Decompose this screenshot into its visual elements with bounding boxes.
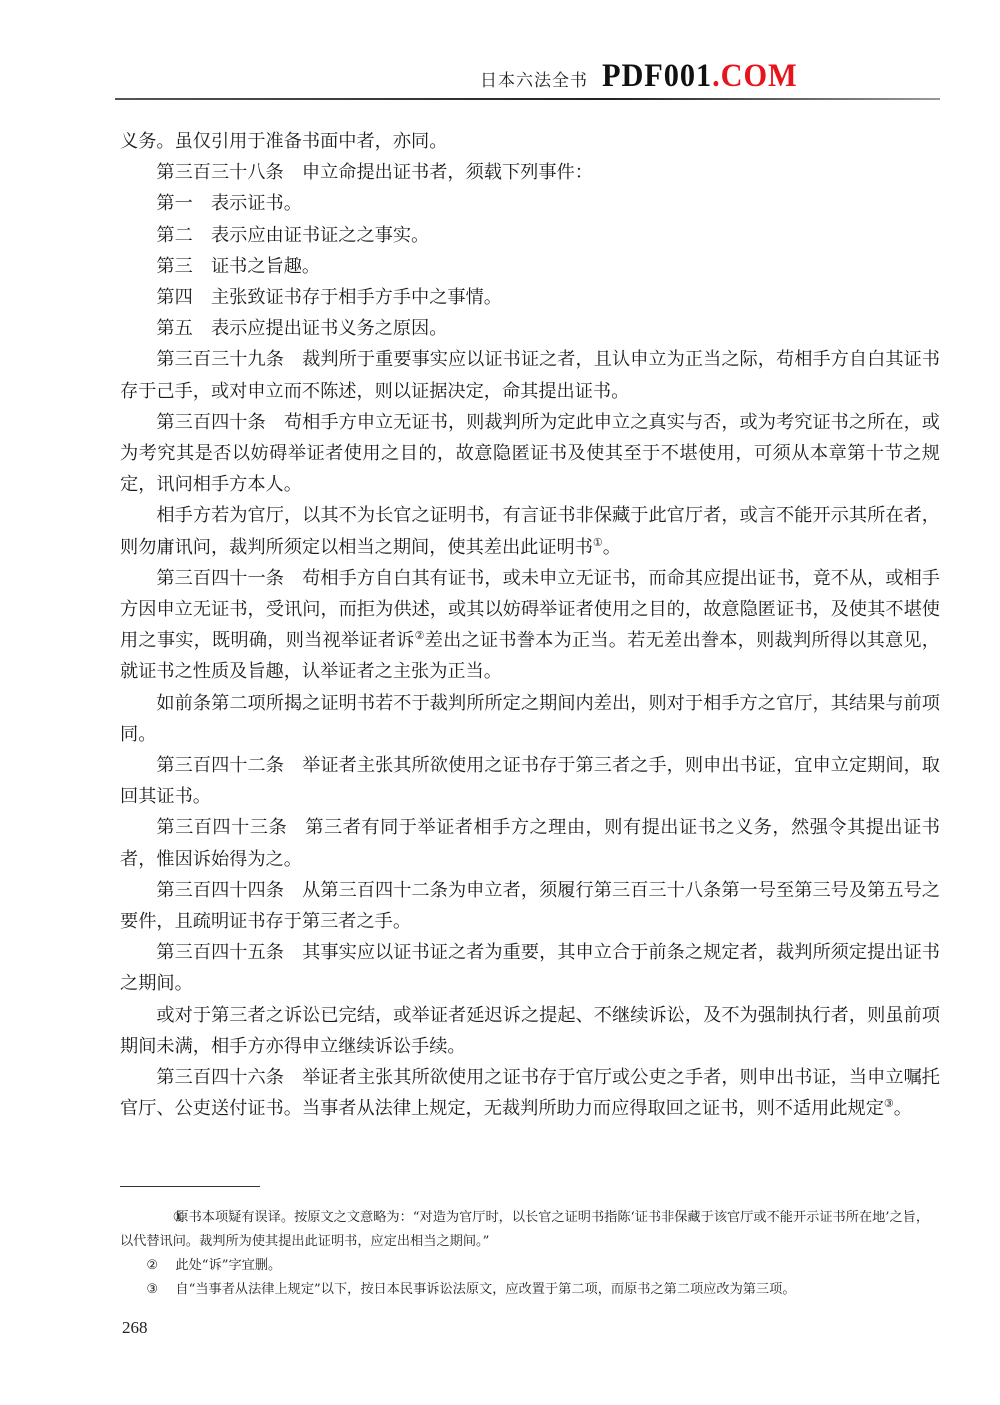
article-number: 第三百四十条: [156, 412, 265, 433]
article-number: 第三百四十三条: [156, 817, 287, 838]
footnote-text: 此处“诉”字宜删。: [175, 1258, 281, 1273]
paragraph: 第三百四十二条举证者主张其所欲使用之证书存于第三者之手，则申出书证，宜申立定期间…: [120, 750, 940, 812]
paragraph: 第三百四十条苟相手方申立无证书，则裁判所为定此申立之真实与否，或为考究证书之所在…: [120, 407, 940, 501]
article-number: 第二: [156, 225, 192, 246]
paragraph: 第三百四十一条苟相手方自白其有证书，或未申立无证书，而命其应提出证书，竟不从，或…: [120, 563, 940, 688]
article-number: 第三百三十八条: [156, 162, 283, 183]
paragraph: 第三百四十四条从第三百四十二条为申立者，须履行第三百三十八条第一号至第三号及第五…: [120, 875, 940, 937]
brand-text-domain: .COM: [712, 58, 797, 94]
footnote-mark: ②: [146, 1254, 175, 1278]
paragraph-text: 义务。虽仅引用于准备书面中者，亦同。: [120, 131, 447, 152]
paragraph-text: 或对于第三者之诉讼已完结，或举证者延迟诉之提起、不继续诉讼，及不为强制执行者，则…: [120, 1005, 940, 1057]
paragraph-text: 主张致证书存于相手方手中之事情。: [211, 287, 502, 308]
article-number: 第五: [156, 318, 192, 339]
footnote-item: ③自“当事者从法律上规定”以下，按日本民事诉讼法原文，应改置于第二项，而原书之第…: [120, 1278, 940, 1302]
paragraph: 如前条第二项所揭之证明书若不于裁判所所定之期间内差出，则对于相手方之官厅，其结果…: [120, 688, 940, 750]
footnote-text: 自“当事者从法律上规定”以下，按日本民事诉讼法原文，应改置于第二项，而原书之第二…: [175, 1282, 795, 1297]
article-number: 第三百四十二条: [156, 755, 284, 776]
footnote-reference[interactable]: ①: [593, 536, 603, 549]
footnote-reference[interactable]: ③: [884, 1097, 894, 1110]
paragraph-text: 如前条第二项所揭之证明书若不于裁判所所定之期间内差出，则对于相手方之官厅，其结果…: [120, 693, 940, 745]
footnotes: ①原书本项疑有误译。按原文之文意略为：“对造为官厅时，以长官之证明书指陈‘证书非…: [120, 1206, 940, 1302]
paragraph-text-tail: 。: [894, 1098, 912, 1119]
paragraph: 第三百四十三条第三者有同于举证者相手方之理由，则有提出证书之义务，然强令其提出证…: [120, 812, 940, 874]
paragraph: 义务。虽仅引用于准备书面中者，亦同。: [120, 126, 940, 157]
article-number: 第三百三十九条: [156, 349, 284, 370]
article-number: 第一: [156, 193, 192, 214]
paragraph-text: 相手方若为官厅，以其不为长官之证明书，有言证书非保藏于此官厅者，或言不能开示其所…: [120, 505, 940, 557]
paragraph: 第三证书之旨趣。: [120, 251, 940, 282]
footnote-mark: ③: [146, 1278, 175, 1302]
footnote-reference[interactable]: ②: [415, 629, 425, 642]
paragraph-text: 申立命提出证书者，须载下列事件：: [302, 162, 593, 183]
paragraph-text-tail: 。: [603, 537, 621, 558]
paragraph: 第二表示应由证书证之之事实。: [120, 220, 940, 251]
paragraph-text: 表示应由证书证之之事实。: [211, 225, 429, 246]
paragraph-text: 表示证书。: [211, 193, 302, 214]
paragraph: 第三百四十五条其事实应以证书证之者为重要，其申立合于前条之规定者，裁判所须定提出…: [120, 937, 940, 999]
paragraph: 第三百三十八条申立命提出证书者，须载下列事件：: [120, 157, 940, 188]
page-number: 268: [122, 1318, 148, 1338]
article-number: 第三百四十六条: [156, 1067, 284, 1088]
article-number: 第三百四十四条: [156, 880, 284, 901]
paragraph: 第五表示应提出证书义务之原因。: [120, 313, 940, 344]
brand-text-main: PDF001: [602, 58, 712, 94]
paragraph-text: 证书之旨趣。: [211, 256, 320, 277]
article-number: 第三百四十一条: [156, 568, 284, 589]
footnote-text: 原书本项疑有误译。按原文之文意略为：“对造为官厅时，以长官之证明书指陈‘证书非保…: [120, 1210, 929, 1249]
footnote-item: ①原书本项疑有误译。按原文之文意略为：“对造为官厅时，以长官之证明书指陈‘证书非…: [120, 1206, 940, 1254]
article-number: 第三: [156, 256, 192, 277]
page-header: 日本六法全书 PDF001.COM: [0, 58, 1000, 102]
header-divider: [115, 98, 940, 100]
article-number: 第四: [156, 287, 192, 308]
book-title: 日本六法全书: [480, 66, 588, 91]
paragraph: 相手方若为官厅，以其不为长官之证明书，有言证书非保藏于此官厅者，或言不能开示其所…: [120, 500, 940, 562]
paragraph-text: 表示应提出证书义务之原因。: [211, 318, 447, 339]
footnote-mark: ①: [146, 1206, 175, 1230]
paragraph: 或对于第三者之诉讼已完结，或举证者延迟诉之提起、不继续诉讼，及不为强制执行者，则…: [120, 1000, 940, 1062]
footnote-divider: [120, 1186, 260, 1187]
brand-logo: PDF001.COM: [602, 58, 798, 95]
paragraph: 第三百三十九条裁判所于重要事实应以证书证之者，且认申立为正当之际，苟相手方自白其…: [120, 344, 940, 406]
paragraph: 第四主张致证书存于相手方手中之事情。: [120, 282, 940, 313]
footnote-item: ②此处“诉”字宜删。: [120, 1254, 940, 1278]
main-text: 义务。虽仅引用于准备书面中者，亦同。第三百三十八条申立命提出证书者，须载下列事件…: [120, 126, 940, 1125]
paragraph: 第三百四十六条举证者主张其所欲使用之证书存于官厅或公吏之手者，则申出书证，当申立…: [120, 1062, 940, 1124]
paragraph: 第一表示证书。: [120, 188, 940, 219]
article-number: 第三百四十五条: [156, 942, 284, 963]
